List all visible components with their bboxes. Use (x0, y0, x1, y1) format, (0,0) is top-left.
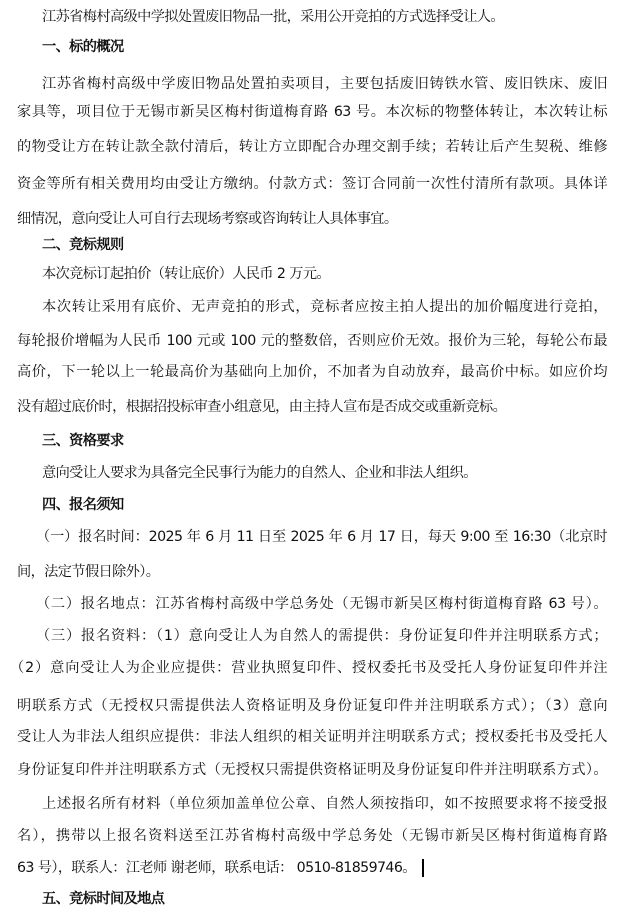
section-heading-rules: 二、竞标规则 (42, 234, 621, 256)
paragraph-line: 家具等，项目位于无锡市新吴区梅村街道梅育路 63 号。本次标的物整体转让，本次转… (17, 101, 607, 123)
paragraph-line: 江苏省梅村高级中学废旧物品处置拍卖项目，主要包括废旧铸铁水管、废旧铁床、废旧 (42, 73, 607, 95)
text-cursor (422, 859, 424, 877)
paragraph-line: 细情况，意向受让人可自行去现场考察或咨询转让人具体事宜。 (17, 208, 607, 230)
paragraph-line: （二）报名地点：江苏省梅村高级中学总务处（无锡市新吴区梅村街道梅育路 63 号）… (36, 593, 607, 615)
paragraph-line: 没有超过底价时，根据招投标审查小组意见，由主持人宣布是否成交或重新竞标。 (17, 396, 607, 418)
section-heading-registration: 四、报名须知 (42, 494, 621, 516)
paragraph-line: 高价，下一轮以上一轮最高价为基础向上加价，不加者为自动放弃，最高价中标。如应价均 (17, 361, 607, 383)
paragraph-line: 本次竞标订起拍价（转让底价）人民币 2 万元。 (42, 263, 607, 285)
contact-text: 63 号），联系人：江老师 谢老师，联系电话： 0510-81859746。 (17, 860, 416, 876)
paragraph-line: 间，法定节假日除外）。 (17, 561, 607, 583)
paragraph-line: 身份证复印件并注明联系方式（无授权只需提供资格证明及身份证复印件并注明联系方式）… (17, 759, 607, 781)
paragraph-line: （三）报名资料：（1）意向受让人为自然人的需提供：身份证复印件并注明联系方式； (36, 625, 607, 647)
section-heading-qualifications: 三、资格要求 (42, 430, 621, 452)
paragraph-line: 每轮报价增幅为人民币 100 元或 100 元的整数倍，否则应价无效。报价为三轮… (17, 330, 607, 352)
paragraph-line: 名），携带以上报名资料送至江苏省梅村高级中学总务处（无锡市新吴区梅村街道梅育路 (17, 825, 607, 847)
paragraph-line: 受让人为非法人组织应提供：非法人组织的相关证明并注明联系方式；授权委托书及受托人 (17, 726, 607, 748)
intro-paragraph: 江苏省梅村高级中学拟处置废旧物品一批，采用公开竞拍的方式选择受让人。 (42, 6, 607, 28)
paragraph-line: （一）报名时间：2025 年 6 月 11 日至 2025 年 6 月 17 日… (36, 526, 607, 548)
section-heading-overview: 一、标的概况 (42, 36, 621, 58)
contact-line: 63 号），联系人：江老师 谢老师，联系电话： 0510-81859746。 (17, 857, 607, 879)
paragraph-line: 的物受让方在转让款全款付清后，转让方立即配合办理交割手续；若转让后产生契税、维修 (17, 136, 607, 158)
paragraph-line: 资金等所有相关费用均由受让方缴纳。付款方式：签订合同前一次性付清所有款项。具体详 (17, 173, 607, 195)
paragraph-line: 上述报名所有材料（单位须加盖单位公章、自然人须按指印，如不按照要求将不接受报 (42, 793, 607, 815)
paragraph-line: 本次转让采用有底价、无声竞拍的形式，竞标者应按主拍人提出的加价幅度进行竞拍， (42, 296, 607, 318)
paragraph-line: 意向受让人要求为具备完全民事行为能力的自然人、企业和非法人组织。 (42, 462, 607, 484)
paragraph-line: 明联系方式（无授权只需提供法人资格证明及身份证复印件并注明联系方式）；（3）意向 (17, 695, 607, 717)
section-heading-bidding-time-location: 五、竞标时间及地点 (42, 888, 621, 910)
paragraph-line: （2）意向受让人为企业应提供：营业执照复印件、授权委托书及受托人身份证复印件并注 (10, 657, 607, 679)
